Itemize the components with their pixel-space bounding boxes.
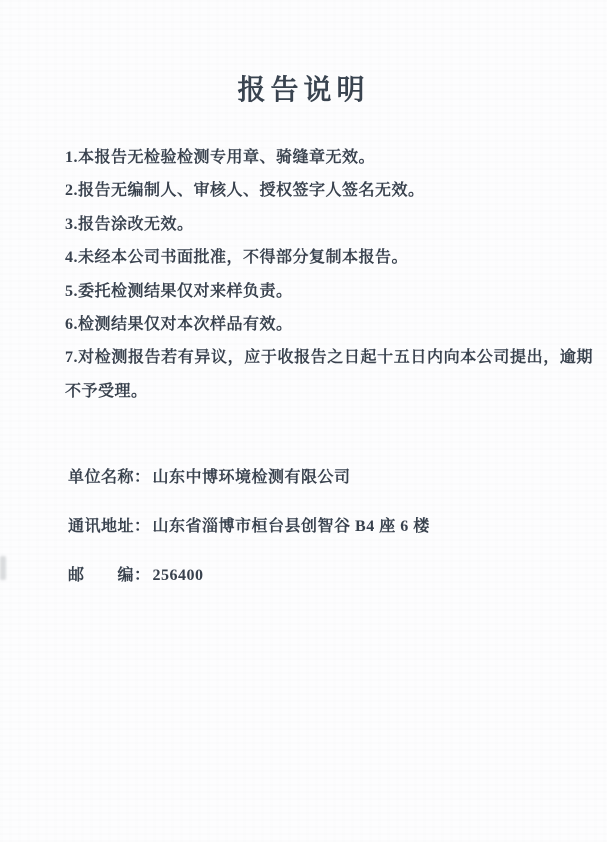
notes-section: 1.本报告无检验检测专用章、骑缝章无效。 2.报告无编制人、审核人、授权签字人签… — [65, 141, 593, 408]
postal-code-value: 256400 — [153, 567, 204, 584]
scan-artifact-smudge — [0, 556, 6, 580]
note-item: 3.报告涂改无效。 — [65, 208, 593, 241]
address-value: 山东省淄博市桓台县创智谷 B4 座 6 楼 — [153, 518, 430, 535]
note-item: 7.对检测报告若有异议，应于收报告之日起十五日内向本公司提出，逾期不予受理。 — [65, 341, 593, 408]
address-label: 通讯地址： — [68, 518, 151, 535]
contact-section: 单位名称：山东中博环境检测有限公司 通讯地址：山东省淄博市桓台县创智谷 B4 座… — [68, 470, 568, 617]
company-name-label: 单位名称： — [68, 469, 151, 486]
note-item: 5.委托检测结果仅对来样负责。 — [65, 275, 593, 308]
note-item: 6.检测结果仅对本次样品有效。 — [65, 308, 593, 341]
note-item: 4.未经本公司书面批准，不得部分复制本报告。 — [65, 241, 593, 274]
report-notes-page: 报告说明 1.本报告无检验检测专用章、骑缝章无效。 2.报告无编制人、审核人、授… — [0, 0, 607, 842]
company-name-value: 山东中博环境检测有限公司 — [153, 469, 351, 486]
company-row: 单位名称：山东中博环境检测有限公司 — [68, 470, 568, 486]
note-item: 1.本报告无检验检测专用章、骑缝章无效。 — [65, 141, 593, 174]
postal-code-label: 邮编 — [68, 568, 134, 584]
address-row: 通讯地址：山东省淄博市桓台县创智谷 B4 座 6 楼 — [68, 519, 568, 535]
note-item: 2.报告无编制人、审核人、授权签字人签名无效。 — [65, 174, 593, 207]
page-title: 报告说明 — [0, 68, 607, 108]
postal-row: 邮编：256400 — [68, 568, 568, 584]
postal-code-colon: ： — [134, 567, 151, 584]
